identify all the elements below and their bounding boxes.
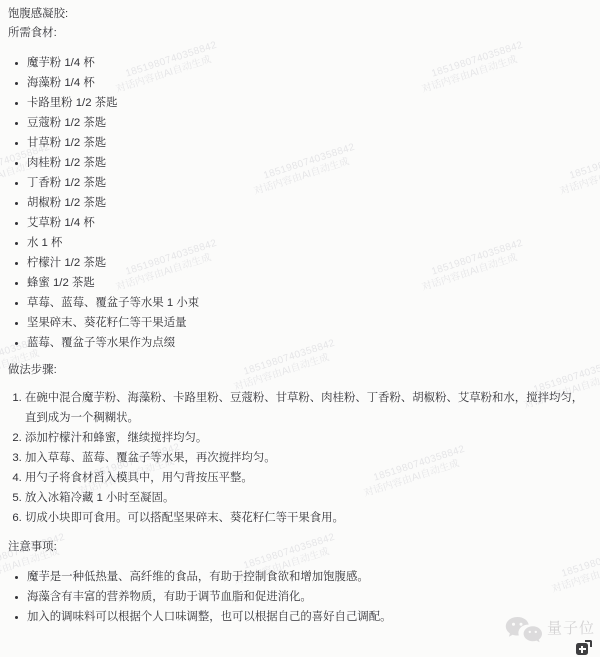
ingredient-item: 豆蔻粉 1/2 茶匙 [27, 113, 592, 133]
notes-heading: 注意事项: [8, 538, 592, 557]
step-item: 用勺子将食材舀入模具中，用勺背按压平整。 [25, 468, 592, 488]
note-item: 海藻含有丰富的营养物质，有助于调节血脂和促进消化。 [27, 587, 592, 607]
ingredient-item: 海藻粉 1/4 杯 [27, 73, 592, 93]
ingredient-item: 卡路里粉 1/2 茶匙 [27, 93, 592, 113]
ingredient-item: 蜂蜜 1/2 茶匙 [27, 273, 592, 293]
ingredient-item: 坚果碎末、葵花籽仁等干果适量 [27, 313, 592, 333]
ingredients-list: 魔芋粉 1/4 杯 海藻粉 1/4 杯 卡路里粉 1/2 茶匙 豆蔻粉 1/2 … [8, 53, 592, 353]
step-item: 加入草莓、蓝莓、覆盆子等水果，再次搅拌均匀。 [25, 448, 592, 468]
step-item: 添加柠檬汁和蜂蜜，继续搅拌均匀。 [25, 428, 592, 448]
ingredient-item: 草莓、蓝莓、覆盆子等水果 1 小束 [27, 293, 592, 313]
step-item: 放入冰箱冷藏 1 小时至凝固。 [25, 488, 592, 508]
recipe-document: 饱腹感凝胶: 所需食材: 魔芋粉 1/4 杯 海藻粉 1/4 杯 卡路里粉 1/… [0, 0, 600, 657]
ingredient-item: 甘草粉 1/2 茶匙 [27, 133, 592, 153]
expand-button[interactable] [576, 640, 592, 655]
steps-heading: 做法步骤: [8, 361, 592, 380]
ingredient-item: 肉桂粉 1/2 茶匙 [27, 153, 592, 173]
ingredients-heading: 所需食材: [8, 24, 592, 43]
notes-list: 魔芋是一种低热量、高纤维的食品，有助于控制食欲和增加饱腹感。 海藻含有丰富的营养… [8, 567, 592, 627]
ingredient-item: 丁香粉 1/2 茶匙 [27, 173, 592, 193]
ingredient-item: 胡椒粉 1/2 茶匙 [27, 193, 592, 213]
ingredient-item: 蓝莓、覆盆子等水果作为点缀 [27, 333, 592, 353]
ingredient-item: 柠檬汁 1/2 茶匙 [27, 253, 592, 273]
note-item: 魔芋是一种低热量、高纤维的食品，有助于控制食欲和增加饱腹感。 [27, 567, 592, 587]
ingredient-item: 魔芋粉 1/4 杯 [27, 53, 592, 73]
steps-list: 在碗中混合魔芋粉、海藻粉、卡路里粉、豆蔻粉、甘草粉、肉桂粉、丁香粉、胡椒粉、艾草… [8, 388, 592, 528]
ingredient-item: 水 1 杯 [27, 233, 592, 253]
recipe-title: 饱腹感凝胶: [8, 5, 592, 24]
step-item: 在碗中混合魔芋粉、海藻粉、卡路里粉、豆蔻粉、甘草粉、肉桂粉、丁香粉、胡椒粉、艾草… [25, 388, 592, 428]
plus-icon [576, 643, 588, 655]
step-item: 切成小块即可食用。可以搭配坚果碎末、葵花籽仁等干果食用。 [25, 508, 592, 528]
ingredient-item: 艾草粉 1/4 杯 [27, 213, 592, 233]
recipe-content: 饱腹感凝胶: 所需食材: 魔芋粉 1/4 杯 海藻粉 1/4 杯 卡路里粉 1/… [0, 0, 600, 627]
note-item: 加入的调味料可以根据个人口味调整，也可以根据自己的喜好自己调配。 [27, 607, 592, 627]
